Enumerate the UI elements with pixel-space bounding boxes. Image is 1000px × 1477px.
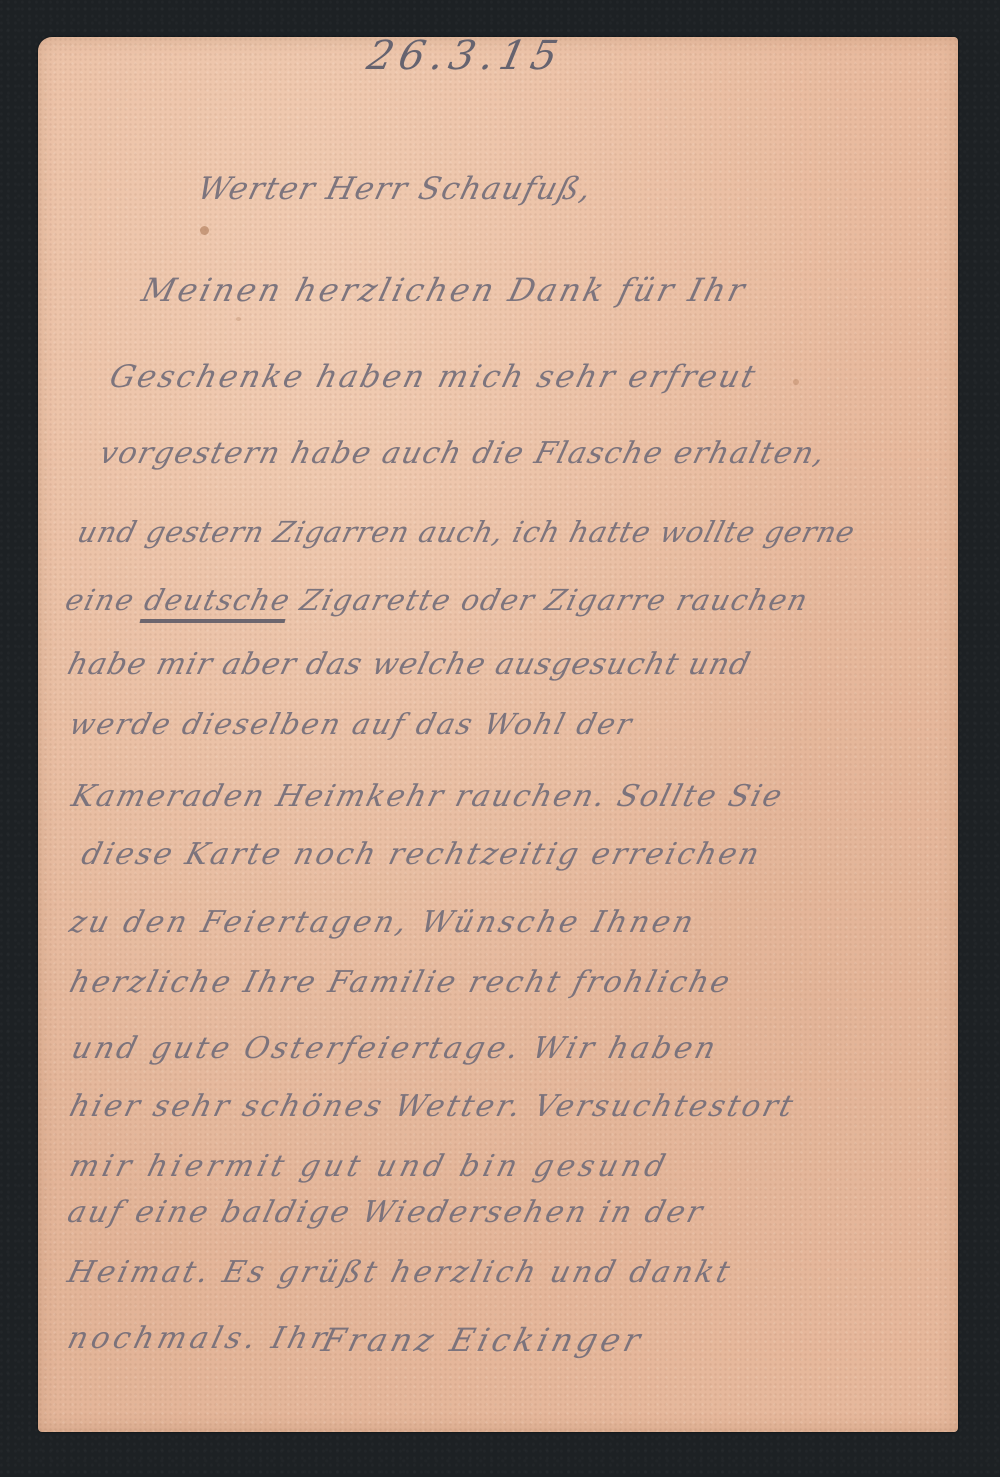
- text-line-7: werde dieselben auf das Wohl der: [66, 707, 637, 741]
- text-line-6: habe mir aber das welche ausgesucht und: [64, 647, 754, 682]
- paper-stain: [793, 379, 799, 385]
- text-line-9: diese Karte noch rechtzeitig erreichen: [78, 837, 765, 872]
- text-line-3: vorgestern habe auch die Flasche erhalte…: [96, 436, 830, 471]
- text-line-13: hier sehr schönes Wetter. Versuchtestort: [66, 1089, 799, 1124]
- text-line-14: mir hiermit gut und bin gesund: [66, 1149, 673, 1184]
- text-line-16: Heimat. Es grüßt herzlich und dankt: [64, 1255, 736, 1290]
- text-word: eine: [62, 583, 139, 617]
- text-line-5: eine deutsche Zigarette oder Zigarre rau…: [62, 583, 812, 617]
- text-word: Zigarette oder Zigarre rauchen: [297, 583, 813, 617]
- closing-line: nochmals. Ihr: [64, 1321, 334, 1356]
- signature: Franz Eickinger: [318, 1321, 648, 1359]
- text-line-4: und gestern Zigarren auch, ich hatte wol…: [74, 515, 859, 549]
- text-line-1: Meinen herzlichen Dank für Ihr: [138, 271, 752, 309]
- postcard: 26.3.15 Werter Herr Schaufuß, Meinen her…: [38, 37, 958, 1432]
- text-line-10: zu den Feiertagen, Wünsche Ihnen: [66, 905, 700, 940]
- salutation: Werter Herr Schaufuß,: [194, 171, 596, 207]
- text-line-8: Kameraden Heimkehr rauchen. Sollte Sie: [68, 779, 787, 814]
- paper-stain: [236, 317, 241, 321]
- text-line-2: Geschenke haben mich sehr erfreut: [106, 359, 761, 395]
- underlined-word: deutsche: [140, 583, 295, 623]
- paper-stain: [200, 226, 209, 235]
- letter-date: 26.3.15: [363, 37, 567, 79]
- text-line-11: herzliche Ihre Familie recht frohliche: [66, 965, 735, 1000]
- text-line-12: und gute Osterfeiertage. Wir haben: [68, 1031, 722, 1066]
- text-line-15: auf eine baldige Wiedersehen in der: [64, 1195, 708, 1230]
